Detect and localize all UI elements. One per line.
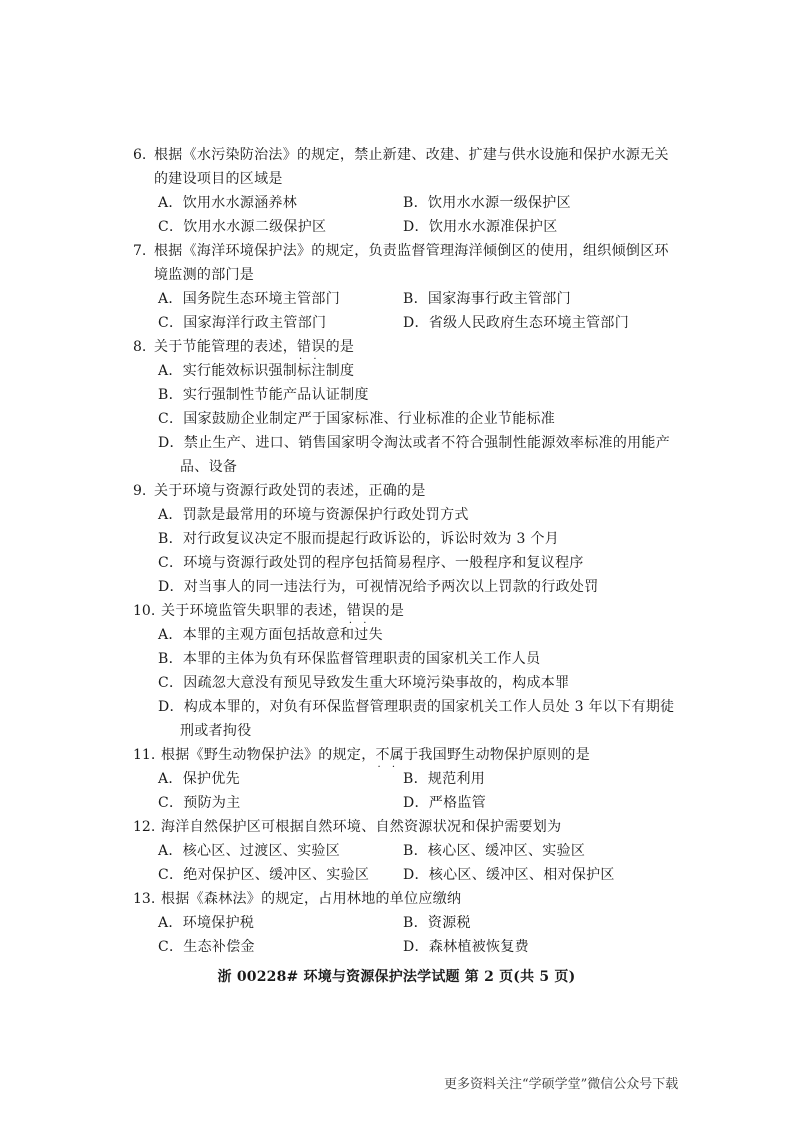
question-8-option-a: A．实行能效标识强制标注制度: [158, 362, 354, 380]
download-note: 更多资料关注“学硕学堂”微信公众号下载: [444, 1073, 678, 1092]
question-6-option-c: C．饮用水水源二级保护区: [158, 218, 326, 236]
stem-text: 关于节能管理的表述，: [154, 339, 297, 355]
question-7-number: 7.: [133, 242, 146, 260]
question-6-option-a: A．饮用水水源涵养林: [158, 194, 297, 212]
question-12-option-d: D．核心区、缓冲区、相对保护区: [403, 866, 615, 884]
question-7-option-c: C．国家海洋行政主管部门: [158, 314, 326, 332]
question-10-stem: 关于环境监管失职罪的表述，错误的是: [161, 602, 404, 620]
page-footer: 浙 00228# 环境与资源保护法学试题 第 2 页(共 5 页): [0, 966, 793, 986]
question-13-stem: 根据《森林法》的规定，占用林地的单位应缴纳: [161, 890, 461, 908]
question-9-option-a: A．罚款是最常用的环境与资源保护行政处罚方式: [158, 506, 469, 524]
question-8-number: 8.: [133, 338, 146, 356]
question-9-option-b: B．对行政复议决定不服而提起行政诉讼的，诉讼时效为 3 个月: [158, 530, 559, 548]
question-12-stem: 海洋自然保护区可根据自然环境、自然资源状况和保护需要划为: [161, 818, 561, 836]
question-12-option-b: B．核心区、缓冲区、实验区: [403, 842, 585, 860]
emphasis-mark: 错误: [297, 339, 326, 355]
question-12-number: 12.: [133, 818, 155, 836]
question-6-number: 6.: [133, 146, 146, 164]
question-13-option-b: B．资源税: [403, 914, 471, 932]
question-8-option-b: B．实行强制性节能产品认证制度: [158, 386, 369, 404]
question-10-option-b: B．本罪的主体为负有环保监督管理职责的国家机关工作人员: [158, 650, 540, 668]
emphasis-mark: 不属于: [376, 747, 419, 763]
question-10-option-c: C．因疏忽大意没有预见导致发生重大环境污染事故的，构成本罪: [158, 674, 569, 692]
question-8-stem: 关于节能管理的表述，错误的是: [154, 338, 354, 356]
stem-text: 关于环境监管失职罪的表述，: [161, 603, 347, 619]
question-8-option-c: C．国家鼓励企业制定严于国家标准、行业标准的企业节能标准: [158, 410, 555, 428]
question-8-option-d-cont: 品、设备: [180, 458, 237, 476]
question-11-stem: 根据《野生动物保护法》的规定，不属于我国野生动物保护原则的是: [161, 746, 590, 764]
question-6-option-d: D．饮用水水源准保护区: [403, 218, 558, 236]
question-9-number: 9.: [133, 482, 146, 500]
question-11-option-c: C．预防为主: [158, 794, 241, 812]
question-10-option-d-cont: 刑或者拘役: [180, 722, 252, 740]
stem-text: 的是: [326, 339, 355, 355]
question-10-option-a: A．本罪的主观方面包括故意和过失: [158, 626, 383, 644]
question-10-number: 10.: [133, 602, 155, 620]
question-7-option-d: D．省级人民政府生态环境主管部门: [403, 314, 629, 332]
exam-page: 6. 根据《水污染防治法》的规定，禁止新建、改建、扩建与供水设施和保护水源无关 …: [0, 0, 793, 1122]
stem-text: 的是: [376, 603, 405, 619]
question-11-option-b: B．规范利用: [403, 770, 485, 788]
question-13-option-a: A．环境保护税: [158, 914, 254, 932]
question-8-option-d: D．禁止生产、进口、销售国家明令淘汰或者不符合强制性能源效率标准的用能产: [158, 434, 670, 452]
question-7-stem-cont: 境监测的部门是: [154, 266, 254, 284]
question-11-number: 11.: [133, 746, 155, 764]
question-11-option-a: A．保护优先: [158, 770, 240, 788]
question-13-option-d: D．森林植被恢复费: [403, 938, 529, 956]
question-12-option-a: A．核心区、过渡区、实验区: [158, 842, 340, 860]
question-13-option-c: C．生态补偿金: [158, 938, 255, 956]
question-7-option-b: B．国家海事行政主管部门: [403, 290, 571, 308]
stem-text: 根据《野生动物保护法》的规定，: [161, 747, 376, 763]
question-7-option-a: A．国务院生态环境主管部门: [158, 290, 340, 308]
question-10-option-d: D．构成本罪的，对负有环保监督管理职责的国家机关工作人员处 3 年以下有期徒: [158, 698, 674, 716]
question-13-number: 13.: [133, 890, 155, 908]
question-11-option-d: D．严格监管: [403, 794, 486, 812]
emphasis-mark: 错误: [347, 603, 376, 619]
question-6-stem-cont: 的建设项目的区域是: [154, 170, 283, 188]
question-9-option-c: C．环境与资源行政处罚的程序包括简易程序、一般程序和复议程序: [158, 554, 584, 572]
question-6-option-b: B．饮用水水源一级保护区: [403, 194, 571, 212]
question-9-option-d: D．对当事人的同一违法行为，可视情况给予两次以上罚款的行政处罚: [158, 578, 599, 596]
question-12-option-c: C．绝对保护区、缓冲区、实验区: [158, 866, 369, 884]
question-9-stem: 关于环境与资源行政处罚的表述，正确的是: [154, 482, 426, 500]
stem-text: 我国野生动物保护原则的是: [418, 747, 590, 763]
question-6-stem: 根据《水污染防治法》的规定，禁止新建、改建、扩建与供水设施和保护水源无关: [154, 146, 669, 164]
question-7-stem: 根据《海洋环境保护法》的规定，负责监督管理海洋倾倒区的使用，组织倾倒区环: [154, 242, 669, 260]
